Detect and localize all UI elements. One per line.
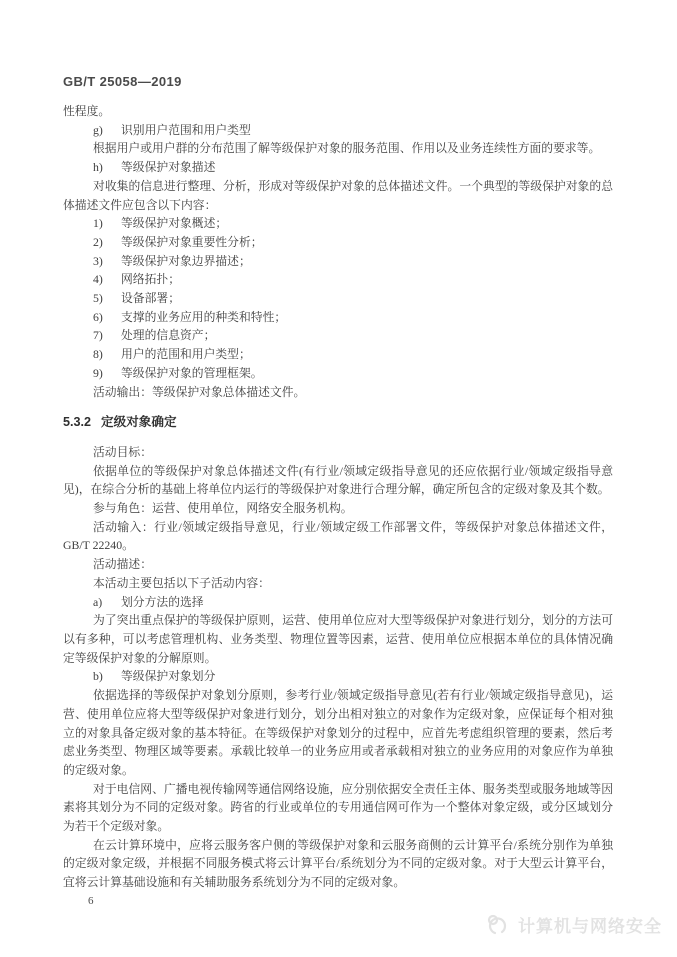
paragraph-carryover: 性程度。 — [63, 102, 613, 121]
list-item: 8)用户的范围和用户类型； — [63, 345, 613, 364]
list-item: 9)等级保护对象的管理框架。 — [63, 364, 613, 383]
watermark-logo-icon — [485, 913, 511, 937]
list-item-number: 8) — [93, 345, 121, 364]
paragraph-description-label: 活动描述： — [63, 555, 613, 574]
list-item-text: 等级保护对象重要性分析； — [121, 235, 263, 249]
list-item-text: 用户的范围和用户类型； — [121, 347, 251, 361]
paragraph-telecom: 对于电信网、广播电视传输网等通信网络设施，应分别依据安全责任主体、服务类型或服务… — [63, 780, 613, 836]
paragraph-goal-body: 依据单位的等级保护对象总体描述文件(有行业/领域定级指导意见的还应依据行业/领域… — [63, 462, 613, 499]
clause-item-a: a)划分方法的选择 — [63, 593, 613, 612]
section-heading: 5.3.2定级对象确定 — [63, 413, 613, 432]
list-item: 1)等级保护对象概述； — [63, 214, 613, 233]
standard-number-header: GB/T 25058—2019 — [63, 74, 613, 89]
list-item-number: 1) — [93, 214, 121, 233]
section-title: 定级对象确定 — [101, 415, 177, 429]
paragraph-cloud: 在云计算环境中，应将云服务客户侧的等级保护对象和云服务商侧的云计算平台/系统分别… — [63, 836, 613, 892]
list-item-number: 4) — [93, 270, 121, 289]
list-item: 6)支撑的业务应用的种类和特性； — [63, 308, 613, 327]
paragraph-user-scope: 根据用户或用户群的分布范围了解等级保护对象的服务范围、作用以及业务连续性方面的要… — [63, 139, 613, 158]
paragraph-sub-intro: 本活动主要包括以下子活动内容： — [63, 574, 613, 593]
section-number: 5.3.2 — [63, 415, 91, 429]
document-body: 性程度。 g)识别用户范围和用户类型 根据用户或用户群的分布范围了解等级保护对象… — [63, 102, 613, 911]
list-item-text: 设备部署； — [121, 291, 180, 305]
list-item: 4)网络拓扑； — [63, 270, 613, 289]
paragraph-divide: 依据选择的等级保护对象划分原则，参考行业/领域定级指导意见(若有行业/领域定级指… — [63, 686, 613, 780]
watermark: 计算机与网络安全 — [485, 912, 662, 937]
clause-label: g) — [93, 121, 121, 140]
list-item-number: 7) — [93, 326, 121, 345]
clause-title: 识别用户范围和用户类型 — [121, 123, 251, 137]
paragraph-method: 为了突出重点保护的等级保护原则，运营、使用单位应对大型等级保护对象进行划分，划分… — [63, 611, 613, 667]
list-item: 5)设备部署； — [63, 289, 613, 308]
list-item-number: 2) — [93, 233, 121, 252]
list-item: 3)等级保护对象边界描述； — [63, 252, 613, 271]
list-item-number: 3) — [93, 252, 121, 271]
paragraph-describe: 对收集的信息进行整理、分析，形成对等级保护对象的总体描述文件。一个典型的等级保护… — [63, 177, 613, 214]
list-item-number: 6) — [93, 308, 121, 327]
watermark-text: 计算机与网络安全 — [518, 912, 662, 937]
list-item: 2)等级保护对象重要性分析； — [63, 233, 613, 252]
list-item-number: 9) — [93, 364, 121, 383]
clause-label: b) — [93, 667, 121, 686]
list-item-text: 处理的信息资产； — [121, 328, 215, 342]
paragraph-activity-output: 活动输出：等级保护对象总体描述文件。 — [63, 383, 613, 402]
paragraph-inputs: 活动输入：行业/领域定级指导意见，行业/领域定级工作部署文件，等级保护对象总体描… — [63, 518, 613, 555]
clause-title: 划分方法的选择 — [121, 595, 204, 609]
clause-label: h) — [93, 158, 121, 177]
page-number: 6 — [88, 892, 613, 911]
list-item-text: 等级保护对象的管理框架。 — [121, 366, 263, 380]
list-item-number: 5) — [93, 289, 121, 308]
clause-item-b: b)等级保护对象划分 — [63, 667, 613, 686]
list-item-text: 等级保护对象概述； — [121, 216, 227, 230]
clause-title: 等级保护对象描述 — [121, 160, 215, 174]
clause-item-g: g)识别用户范围和用户类型 — [63, 121, 613, 140]
paragraph-goal-label: 活动目标： — [63, 443, 613, 462]
clause-item-h: h)等级保护对象描述 — [63, 158, 613, 177]
clause-label: a) — [93, 593, 121, 612]
list-item: 7)处理的信息资产； — [63, 326, 613, 345]
paragraph-roles: 参与角色：运营、使用单位，网络安全服务机构。 — [63, 499, 613, 518]
document-page: GB/T 25058—2019 性程度。 g)识别用户范围和用户类型 根据用户或… — [0, 0, 677, 957]
list-item-text: 网络拓扑； — [121, 272, 180, 286]
clause-title: 等级保护对象划分 — [121, 669, 215, 683]
list-item-text: 支撑的业务应用的种类和特性； — [121, 310, 286, 324]
list-item-text: 等级保护对象边界描述； — [121, 254, 251, 268]
